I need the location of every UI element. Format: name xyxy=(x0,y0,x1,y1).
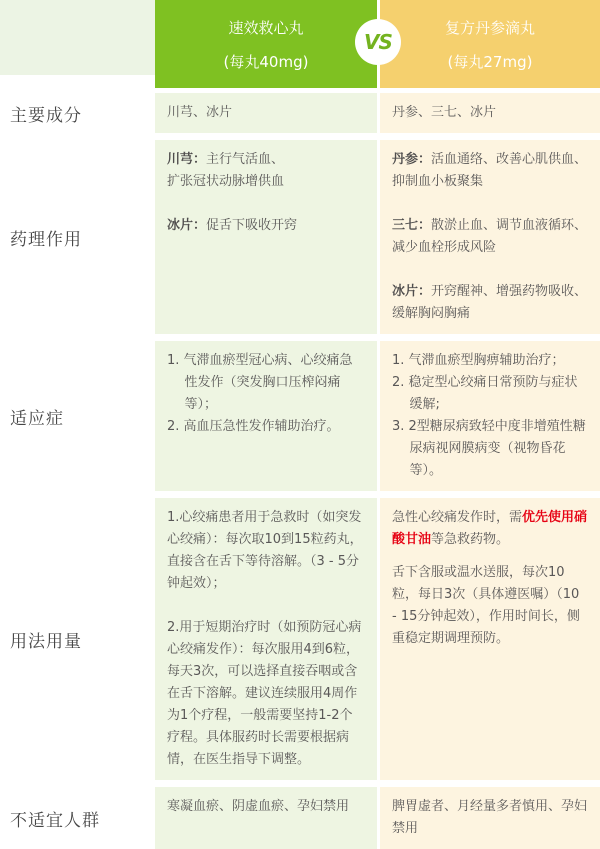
pharmacology-item: 三七：散淤止血、调节血液循环、减少血栓形成风险 xyxy=(392,215,588,259)
pharmacology-left-cell: 川芎：主行气活血、 扩张冠状动脉增供血 冰片：促舌下吸收开窍 xyxy=(155,140,377,334)
unsuitable-left-text: 寒凝血瘀、阴虚血瘀、孕妇禁用 xyxy=(167,796,365,818)
row-pharmacology: 药理作用 川芎：主行气活血、 扩张冠状动脉增供血 冰片：促舌下吸收开窍 丹参：活… xyxy=(0,140,600,334)
row-label-dosage: 用法用量 xyxy=(0,498,155,780)
comparison-header: 速效救心丸 (每丸40mg) 复方丹参滴丸 (每丸27mg) VS xyxy=(0,0,600,88)
ingredient-term: 冰片： xyxy=(392,284,431,299)
unsuitable-left-cell: 寒凝血瘀、阴虚血瘀、孕妇禁用 xyxy=(155,787,377,849)
indications-right-cell: 1. 气滞血瘀型胸痹辅助治疗； 2. 稳定型心绞痛日常预防与症状缓解; 3. 2… xyxy=(380,341,600,491)
indication-item: 1. 气滞血瘀型冠心病、心绞痛急性发作（突发胸口压榨闷痛等）； xyxy=(167,350,365,416)
dosage-item: 2.用于短期治疗时（如预防冠心病心绞痛发作）：每次服用4到6粒，每天3次，可以选… xyxy=(167,617,365,771)
pharmacology-item: 冰片：开窍醒神、增强药物吸收、缓解胸闷胸痛 xyxy=(392,281,588,325)
row-dosage: 用法用量 1.心绞痛患者用于急救时（如突发心绞痛）：每次取10到15粒药丸，直接… xyxy=(0,498,600,780)
drug-left-name: 速效救心丸 xyxy=(228,17,303,38)
ingredient-term: 川芎： xyxy=(167,152,206,167)
dosage-item: 1.心绞痛患者用于急救时（如突发心绞痛）：每次取10到15粒药丸，直接含在舌下等… xyxy=(167,507,365,595)
row-label-indications: 适应症 xyxy=(0,341,155,491)
drug-comparison-table: 速效救心丸 (每丸40mg) 复方丹参滴丸 (每丸27mg) VS 主要成分 川… xyxy=(0,0,600,849)
vs-badge: VS xyxy=(355,19,401,65)
ingredient-term: 三七： xyxy=(392,218,431,233)
dosage-left-cell: 1.心绞痛患者用于急救时（如突发心绞痛）：每次取10到15粒药丸，直接含在舌下等… xyxy=(155,498,377,780)
drug-right-name: 复方丹参滴丸 xyxy=(445,17,535,38)
ingredient-term: 冰片： xyxy=(167,218,206,233)
pharmacology-right-cell: 丹参：活血通络、改善心肌供血、抑制血小板聚集 三七：散淤止血、调节血液循环、减少… xyxy=(380,140,600,334)
dosage-warning-pre: 急性心绞痛发作时，需 xyxy=(392,510,522,525)
dosage-item: 舌下含服或温水送服，每次10粒，每日3次（具体遵医嘱）（10 - 15分钟起效）… xyxy=(392,562,588,650)
row-label-ingredients: 主要成分 xyxy=(0,93,155,133)
dosage-warning-post: 等急救药物。 xyxy=(431,532,509,547)
ingredients-right-text: 丹参、三七、冰片 xyxy=(392,102,588,124)
pharmacology-item: 丹参：活血通络、改善心肌供血、抑制血小板聚集 xyxy=(392,149,588,193)
pharmacology-item: 川芎：主行气活血、 扩张冠状动脉增供血 xyxy=(167,149,365,193)
row-main-ingredients: 主要成分 川芎、冰片 丹参、三七、冰片 xyxy=(0,93,600,133)
indication-item: 1. 气滞血瘀型胸痹辅助治疗； xyxy=(392,350,588,372)
ingredients-right-cell: 丹参、三七、冰片 xyxy=(380,93,600,133)
header-drug-left: 速效救心丸 (每丸40mg) xyxy=(155,0,377,88)
row-label-unsuitable: 不适宜人群 xyxy=(0,787,155,849)
row-unsuitable-groups: 不适宜人群 寒凝血瘀、阴虚血瘀、孕妇禁用 脾胃虚者、月经量多者慎用、孕妇禁用 xyxy=(0,787,600,849)
ingredients-left-cell: 川芎、冰片 xyxy=(155,93,377,133)
unsuitable-right-text: 脾胃虚者、月经量多者慎用、孕妇禁用 xyxy=(392,796,588,840)
indication-item: 2. 高血压急性发作辅助治疗。 xyxy=(167,416,365,438)
dosage-right-cell: 急性心绞痛发作时，需优先使用硝酸甘油等急救药物。 舌下含服或温水送服，每次10粒… xyxy=(380,498,600,780)
drug-right-dose: (每丸27mg) xyxy=(448,51,533,72)
header-drug-right: 复方丹参滴丸 (每丸27mg) xyxy=(380,0,600,88)
ingredient-term: 丹参： xyxy=(392,152,431,167)
row-indications: 适应症 1. 气滞血瘀型冠心病、心绞痛急性发作（突发胸口压榨闷痛等）； 2. 高… xyxy=(0,341,600,491)
indication-item: 2. 稳定型心绞痛日常预防与症状缓解; xyxy=(392,372,588,416)
indication-item: 3. 2型糖尿病致轻中度非增殖性糖尿病视网膜病变（视物昏花等）。 xyxy=(392,416,588,482)
row-label-pharmacology: 药理作用 xyxy=(0,140,155,334)
indications-left-cell: 1. 气滞血瘀型冠心病、心绞痛急性发作（突发胸口压榨闷痛等）； 2. 高血压急性… xyxy=(155,341,377,491)
unsuitable-right-cell: 脾胃虚者、月经量多者慎用、孕妇禁用 xyxy=(380,787,600,849)
pharmacology-item: 冰片：促舌下吸收开窍 xyxy=(167,215,365,237)
ingredient-desc: 促舌下吸收开窍 xyxy=(206,218,297,233)
drug-left-dose: (每丸40mg) xyxy=(224,51,309,72)
ingredients-left-text: 川芎、冰片 xyxy=(167,102,365,124)
vs-text: VS xyxy=(364,30,392,54)
dosage-warning: 急性心绞痛发作时，需优先使用硝酸甘油等急救药物。 xyxy=(392,507,588,551)
header-corner xyxy=(0,0,155,75)
